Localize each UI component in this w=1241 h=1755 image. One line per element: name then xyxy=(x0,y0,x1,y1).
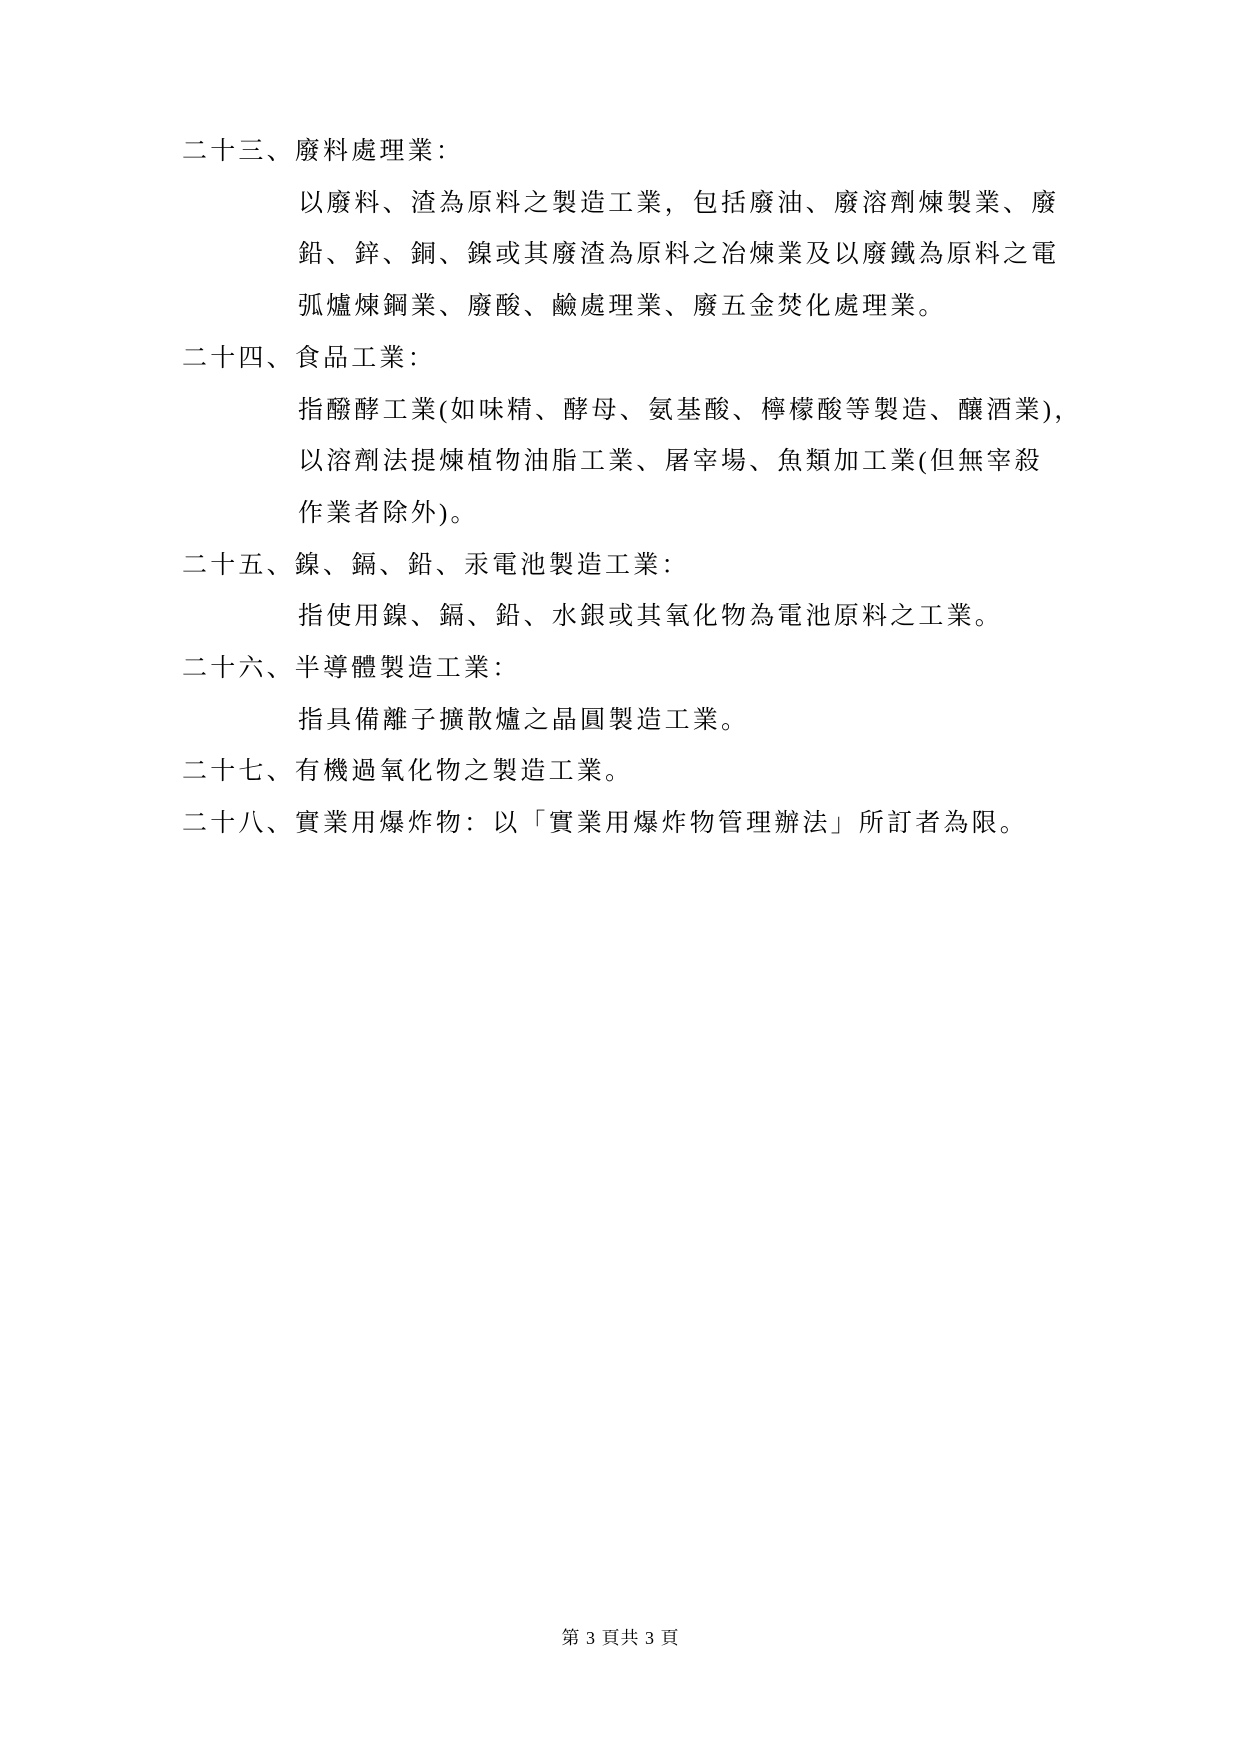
line-item-24-heading: 二十四、食品工業： xyxy=(182,333,436,385)
line-item-24-body-1: 指醱酵工業(如味精、酵母、氨基酸、檸檬酸等製造、釀酒業)， xyxy=(298,385,1082,437)
line-item-24-body-3: 作業者除外)。 xyxy=(298,488,479,540)
page-number-footer: 第 3 頁共 3 頁 xyxy=(0,1625,1241,1651)
document-page: 二十三、廢料處理業： 以廢料、渣為原料之製造工業，包括廢油、廢溶劑煉製業、廢 鉛… xyxy=(0,0,1241,1755)
line-item-25-heading: 二十五、鎳、鎘、鉛、汞電池製造工業： xyxy=(182,540,690,592)
line-item-24-body-2: 以溶劑法提煉植物油脂工業、屠宰場、魚類加工業(但無宰殺 xyxy=(298,436,1043,488)
line-item-23-body-1: 以廢料、渣為原料之製造工業，包括廢油、廢溶劑煉製業、廢 xyxy=(298,178,1059,230)
line-item-26-body-1: 指具備離子擴散爐之晶圓製造工業。 xyxy=(298,695,749,747)
line-item-23-body-2: 鉛、鋅、銅、鎳或其廢渣為原料之冶煉業及以廢鐵為原料之電 xyxy=(298,229,1059,281)
line-item-23-body-3: 弧爐煉鋼業、廢酸、鹼處理業、廢五金焚化處理業。 xyxy=(298,281,947,333)
line-item-26-heading: 二十六、半導體製造工業： xyxy=(182,643,520,695)
line-item-27: 二十七、有機過氧化物之製造工業。 xyxy=(182,746,633,798)
line-item-25-body-1: 指使用鎳、鎘、鉛、水銀或其氧化物為電池原料之工業。 xyxy=(298,591,1003,643)
line-item-28: 二十八、實業用爆炸物：以「實業用爆炸物管理辦法」所訂者為限。 xyxy=(182,798,1028,850)
line-item-23-heading: 二十三、廢料處理業： xyxy=(182,126,464,178)
